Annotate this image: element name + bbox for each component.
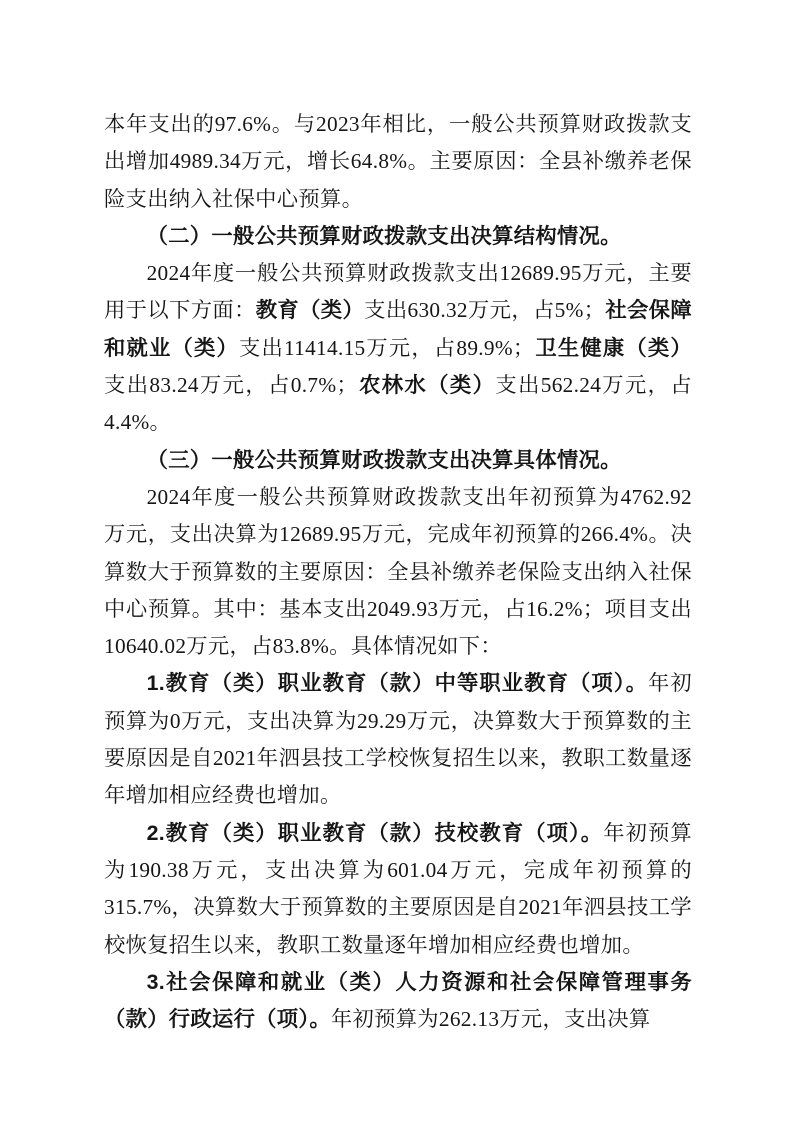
document-page: 本年支出的97.6%。与2023年相比，一般公共预算财政拨款支出增加4989.3… [0, 0, 793, 1122]
text-run: 2024年度一般公共预算财政拨款支出年初预算为4762.92万元，支出决算为12… [104, 485, 692, 658]
paragraph-item-3: 3.社会保障和就业（类）人力资源和社会保障管理事务（款）行政运行（项）。年初预算… [104, 964, 692, 1039]
text-run: 年初预算为262.13万元，支出决算 [331, 1007, 651, 1031]
text-run: 支出11414.15万元，占89.9%； [239, 336, 534, 360]
item-2-heading: 2.教育（类）职业教育（款）技校教育（项）。 [147, 821, 604, 845]
heading-text: （三）一般公共预算财政拨款支出决算具体情况。 [147, 448, 622, 472]
paragraph-item-2: 2.教育（类）职业教育（款）技校教育（项）。年初预算为190.38万元，支出决算… [104, 815, 692, 964]
document-text-block: 本年支出的97.6%。与2023年相比，一般公共预算财政拨款支出增加4989.3… [104, 106, 692, 1038]
category-label-agriculture: 农林水（类） [358, 373, 495, 397]
category-label-education: 教育（类） [256, 298, 364, 322]
category-label-health: 卫生健康（类） [534, 336, 692, 360]
item-1-heading: 1.教育（类）职业教育（款）中等职业教育（项）。 [147, 671, 648, 695]
paragraph-structure-overview: 2024年度一般公共预算财政拨款支出12689.95万元，主要用于以下方面：教育… [104, 255, 692, 441]
heading-section-3: （三）一般公共预算财政拨款支出决算具体情况。 [104, 442, 692, 479]
heading-text: （二）一般公共预算财政拨款支出决算结构情况。 [147, 224, 622, 248]
paragraph-item-1: 1.教育（类）职业教育（款）中等职业教育（项）。年初预算为0万元，支出决算为29… [104, 665, 692, 814]
text-run: 支出630.32万元，占5%； [364, 298, 605, 322]
text-run: 本年支出的97.6%。与2023年相比，一般公共预算财政拨款支出增加4989.3… [104, 112, 692, 211]
text-run: 支出83.24万元，占0.7%； [104, 373, 358, 397]
heading-section-2: （二）一般公共预算财政拨款支出决算结构情况。 [104, 218, 692, 255]
paragraph-detail-overview: 2024年度一般公共预算财政拨款支出年初预算为4762.92万元，支出决算为12… [104, 479, 692, 665]
paragraph-continuation: 本年支出的97.6%。与2023年相比，一般公共预算财政拨款支出增加4989.3… [104, 106, 692, 218]
